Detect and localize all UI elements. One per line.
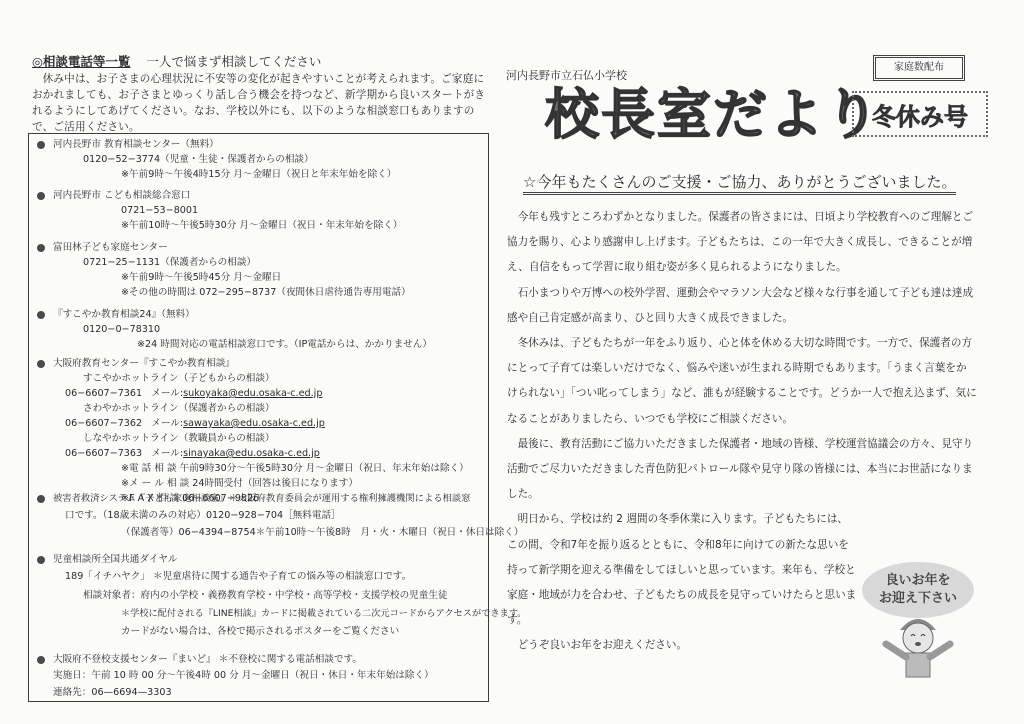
newsletter-page: ◎相談電話等一覧一人で悩まず相談してください 休み中は、お子さまの心理状況に不安…: [0, 0, 1024, 724]
bullet-icon: [37, 311, 45, 319]
bullet-icon: [37, 244, 45, 252]
section-heading: ◎相談電話等一覧一人で悩まず相談してください: [32, 54, 492, 70]
intro-text: 休み中は、お子さまの心理状況に不安等の変化が起きやすいことが考えられます。ご家庭…: [32, 71, 492, 135]
paragraph: 明日から、学校は約 2 週間の冬季休業に入ります。子どもたちには、この間、令和7…: [507, 507, 857, 633]
contact-entry: 河内長野市 教育相談センター（無料） 0120−52−3774（児童・生徒・保護…: [37, 137, 482, 182]
issue-label: 冬休み号: [852, 91, 988, 137]
section-title: ◎相談電話等一覧: [32, 54, 130, 69]
contact-entry: 富田林子ども家庭センター 0721−25−1131（保護者からの相談） ※午前9…: [37, 240, 482, 300]
contact-entry: 大阪府不登校支援センター『まいど』 ＊不登校に関する電話相談です。 実施日：午前…: [37, 652, 482, 701]
bullet-icon: [37, 495, 45, 503]
email-link[interactable]: sukoyaka@edu.osaka-c.ed.jp: [183, 388, 322, 399]
paragraph: 今年も残すところわずかとなりました。保護者の皆さまには、日頃より学校教育へのご理…: [507, 205, 977, 281]
bullet-icon: [37, 360, 45, 368]
contact-entry: 大阪府教育センター『すこやか教育相談』 すこやかホットライン（子どもからの相談）…: [37, 356, 482, 506]
contact-entry: 児童相談所全国共通ダイヤル 189「イチハヤク」 ＊児童虐待に関する通告や子育て…: [37, 552, 482, 641]
paragraph: 石小まつりや万博への校外学習、運動会やマラソン大会など様々な行事を通して子ども達…: [507, 281, 977, 331]
paragraph: 冬休みは、子どもたちが一年をふり返り、心と体を休める大切な時間です。一方で、保護…: [507, 331, 977, 432]
bullet-icon: [37, 192, 45, 200]
bullet-icon: [37, 656, 45, 664]
consultation-section: ◎相談電話等一覧一人で悩まず相談してください 休み中は、お子さまの心理状況に不安…: [32, 54, 492, 135]
paragraph: 最後に、教育活動にご協力いただきました保護者・地域の皆様、学校運営協議会の方々、…: [507, 432, 977, 508]
bullet-icon: [37, 141, 45, 149]
distribution-label: 家庭数配布: [873, 55, 965, 81]
section-subtitle: 一人で悩まず相談してください: [146, 54, 321, 69]
child-new-year-illustration: 良いお年を お迎え下さい: [858, 560, 978, 680]
contact-entry: 被害者救済システム『子ども家庭相談室』＊大阪府教育委員会が運用する権利擁護機関に…: [37, 491, 482, 540]
svg-text:良いお年を: 良いお年を: [885, 572, 950, 588]
newsletter-title: 校長室だより: [545, 84, 881, 146]
svg-text:お迎え下さい: お迎え下さい: [879, 590, 957, 606]
contact-entry: 河内長野市 こども相談総合窓口 0721−53−8001 ※午前10時〜午後5時…: [37, 188, 482, 233]
contact-entry: 『すこやか教育相談24』（無料） 0120−0−78310 ※24 時間対応の電…: [37, 307, 482, 352]
contact-list-box: 河内長野市 教育相談センター（無料） 0120−52−3774（児童・生徒・保護…: [28, 133, 489, 702]
email-link[interactable]: sawayaka@edu.osaka-c.ed.jp: [183, 418, 325, 429]
headline: ☆今年もたくさんのご支援・ご協力、ありがとうございました。: [523, 172, 956, 192]
school-name: 河内長野市立石仏小学校: [506, 67, 627, 83]
email-link[interactable]: sinayaka@edu.osaka-c.ed.jp: [183, 448, 320, 459]
bullet-icon: [37, 556, 45, 564]
